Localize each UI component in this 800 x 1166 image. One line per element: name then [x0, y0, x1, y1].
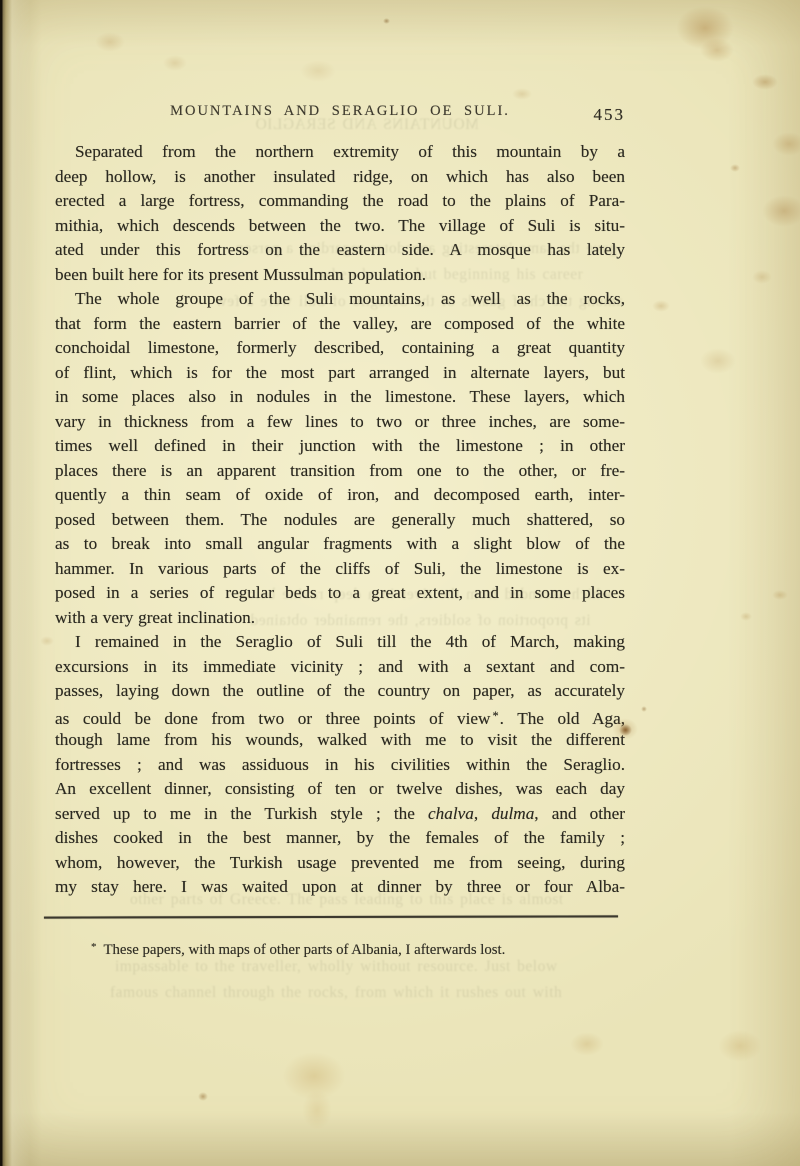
text-line: whom, however, the Turkish usage prevent… — [55, 851, 625, 876]
foxing-stain — [772, 590, 788, 600]
text-line: excursions in its immediate vicinity ; a… — [55, 655, 625, 680]
text-line: places there is an apparent transition f… — [55, 459, 625, 484]
bleedthrough-text: its proportion of soldiers, the remainde… — [250, 612, 590, 630]
text-line: mithia, which descends between the two. … — [55, 214, 625, 239]
text-line: conchoidal limestone, formerly described… — [55, 336, 625, 361]
footnote-text: These papers, with maps of other parts o… — [104, 942, 506, 958]
foxing-stain — [302, 1090, 332, 1130]
bleedthrough-text: when he was but beginning his career — [320, 266, 583, 284]
foxing-stain — [198, 1092, 208, 1101]
text-line: that form the eastern barrier of the val… — [55, 312, 625, 337]
foxing-stain — [512, 88, 532, 100]
text-line: hammer. In various parts of the cliffs o… — [55, 557, 625, 582]
foxing-stain — [762, 195, 800, 227]
foxing-stain — [752, 270, 772, 284]
bleedthrough-text: impassable to the traveller, wholly with… — [115, 958, 558, 976]
text-line: though lame from his wounds, walked with… — [55, 728, 625, 753]
foxing-stain — [383, 18, 390, 24]
foxing-stain — [95, 32, 125, 52]
text-line: deep hollow, is another insulated ridge,… — [55, 165, 625, 190]
foxing-stain — [570, 1032, 604, 1056]
bleedthrough-text: MOUNTAINS AND SERAGLIO — [255, 116, 479, 134]
foxing-stain — [752, 74, 778, 90]
text-line: Separated from the northern extremity of… — [55, 140, 625, 165]
text-line: fortresses ; and was assiduous in his ci… — [55, 753, 625, 778]
text-line: erected a large fortress, commanding the… — [55, 189, 625, 214]
foxing-stain — [730, 164, 740, 172]
text-line: quently a thin seam of oxide of iron, an… — [55, 483, 625, 508]
page-spine-edge — [0, 0, 30, 1166]
text-line: passes, laying down the outline of the c… — [55, 679, 625, 704]
text-line: An excellent dinner, consisting of ten o… — [55, 777, 625, 802]
bleedthrough-text: gave the same interesting anecdotes rega… — [235, 240, 617, 258]
foxing-stain — [718, 1030, 762, 1062]
foxing-stain — [676, 6, 734, 50]
foxing-stain — [300, 60, 336, 82]
book-page: MOUNTAINS AND SERAGLIO OE SULI. 453 Sepa… — [0, 0, 800, 1166]
footnote: *These papers, with maps of other parts … — [55, 937, 625, 960]
text-line: times well defined in their junction wit… — [55, 434, 625, 459]
text-line: served up to me in the Turkish style ; t… — [55, 802, 625, 827]
bleedthrough-text: other parts of Greece. The pass leading … — [130, 891, 564, 909]
text-line: of flint, which is for the most part arr… — [55, 361, 625, 386]
foxing-stain — [652, 300, 670, 312]
footnote-rule — [44, 915, 618, 918]
text-line: as could be done from two or three point… — [55, 704, 625, 729]
bleedthrough-text: among the chief guards of the Seraglio o… — [215, 293, 623, 311]
text-line: I remained in the Seraglio of Suli till … — [55, 630, 625, 655]
foxing-stain — [163, 55, 187, 71]
page-number: 453 — [594, 105, 626, 125]
foxing-stain — [700, 38, 734, 62]
footnote-marker: * — [91, 941, 97, 953]
text-line: posed between them. The nodules are gene… — [55, 508, 625, 533]
bleedthrough-text: famous channel through the rocks, from w… — [110, 984, 562, 1002]
foxing-stain — [40, 636, 54, 646]
foxing-stain — [772, 132, 800, 156]
text-line: as to break into small angular fragments… — [55, 532, 625, 557]
bleedthrough-text: which ascended from the river in a deep … — [235, 586, 612, 604]
text-line: in some places also in nodules in the li… — [55, 385, 625, 410]
text-line: dishes cooked in the best manner, by the… — [55, 826, 625, 851]
foxing-stain — [700, 348, 736, 374]
foxing-stain — [740, 612, 752, 621]
foxing-stain — [641, 706, 647, 712]
text-line: vary in thickness from a few lines to tw… — [55, 410, 625, 435]
foxing-stain — [282, 1052, 346, 1100]
